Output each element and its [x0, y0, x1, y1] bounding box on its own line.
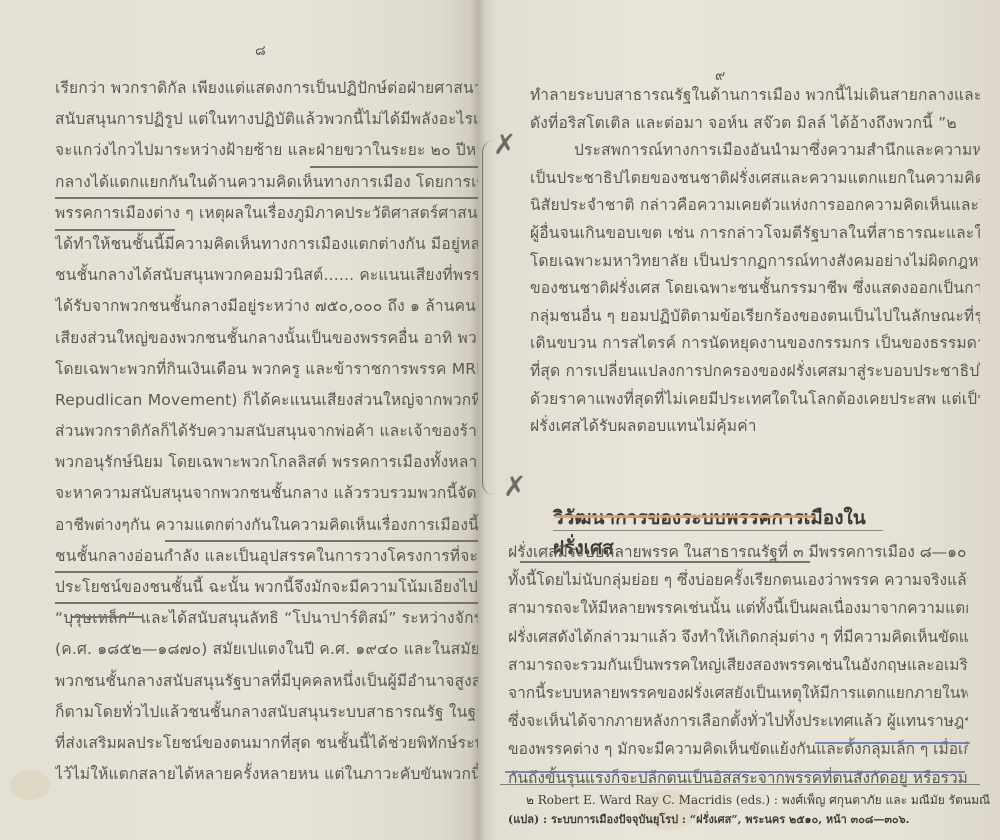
text-line: ด้วยราคาแพงที่สุดที่ไม่เคยมีประเทศใดในโล… — [530, 386, 980, 414]
text-line: ทำลายระบบสาธารณรัฐในด้านการเมือง พวกนี้ไ… — [530, 82, 980, 110]
pencil-underline — [310, 166, 478, 168]
pencil-checkmark-icon: ✗ — [503, 470, 526, 503]
text-line: ฝรั่งเศสดังได้กล่าวมาแล้ว จึงทำให้เกิดกล… — [508, 623, 968, 651]
right-page-lower-body: ฝรั่งเศสมีระบบหลายพรรค ในสาธารณรัฐที่ ๓ … — [508, 538, 968, 792]
text-line: พรรคการเมืองต่าง ๆ เหตุผลในเรื่องภูมิภาค… — [55, 198, 478, 229]
heading-underline — [553, 530, 883, 531]
footnote-rule — [500, 784, 980, 785]
left-page-number: ๘ — [255, 40, 266, 62]
text-line: เป็นประชาธิปไตยของชนชาติฝรั่งเศสและความแ… — [530, 165, 980, 193]
footnote-citation: Robert E. Ward Ray C. Macridis (eds.) : … — [538, 793, 990, 807]
text-line: ของชนชาติฝรั่งเศส โดยเฉพาะชนชั้นกรรมาชีพ… — [530, 275, 980, 303]
text-line: เสียงส่วนใหญ่ของพวกชนชั้นกลางนั้นเป็นของ… — [55, 323, 478, 354]
pencil-margin-bracket — [482, 140, 501, 495]
text-line: จะหาความสนับสนุนจากพวกชนชั้นกลาง แล้วรวบ… — [55, 478, 478, 509]
text-line: ได้รับจากพวกชนชั้นกลางมีอยู่ระหว่าง ๗๕๐,… — [55, 291, 478, 322]
blue-pen-underline — [815, 742, 970, 744]
text-line: ที่ส่งเสริมผลประโยชน์ของตนมากที่สุด ชนชั… — [55, 728, 478, 759]
pencil-underline — [55, 229, 175, 231]
text-line: ดังที่อริสโตเติล และต่อมา จอห์น สจ๊วต มิ… — [530, 110, 980, 138]
text-line: ประสพการณ์ทางการเมืองอันนำมาซึ่งความสำนึ… — [530, 137, 980, 165]
pencil-underline — [55, 571, 478, 573]
text-line: ส่วนพวกราดิกัลก็ได้รับความสนับสนุนจากพ่อ… — [55, 416, 478, 447]
text-line: สามารถจะรวมกันเป็นพรรคใหญ่เสียงสองพรรคเช… — [508, 651, 968, 679]
orange-highlight-underline — [555, 515, 815, 518]
text-line: เรียกว่า พวกราดิกัล เพียงแต่แสดงการเป็นป… — [55, 73, 478, 104]
text-line: ทั้งนี้โดยไม่นับกลุ่มย่อย ๆ ซึ่งบ่อยครั้… — [508, 566, 968, 594]
text-line: Repudlican Movement) ก็ได้คะแนนเสียงส่วน… — [55, 385, 478, 416]
text-line: กลุ่มชนอื่น ๆ ยอมปฏิบัติตามข้อเรียกร้องข… — [530, 303, 980, 331]
footnote-line-2: (แปล) : ระบบการเมืองปัจจุบันยุโรป : “ฝรั… — [508, 810, 988, 830]
text-line: “บุรุษเหล็ก” และได้สนับสนุนลัทธิ “โปนาปา… — [55, 603, 478, 634]
right-page-upper-body: ทำลายระบบสาธารณรัฐในด้านการเมือง พวกนี้ไ… — [530, 82, 980, 441]
text-line: เดินขบวน การสไตรค์ การนัดหยุดงานของกรรมก… — [530, 330, 980, 358]
footnote-marker: ๒ — [526, 793, 534, 807]
pencil-underline — [55, 602, 478, 604]
text-line: ก็ตามโดยทั่วไปแล้วชนชั้นกลางสนับสนุนระบบ… — [55, 697, 478, 728]
book-spread: ๘ เรียกว่า พวกราดิกัล เพียงแต่แสดงการเป็… — [0, 0, 1000, 840]
text-line: กลางได้แตกแยกกันในด้านความคิดเห็นทางการเ… — [55, 167, 478, 198]
pencil-underline — [520, 561, 810, 563]
paper-stain — [10, 770, 50, 800]
text-line: ชนชั้นกลางอ่อนกำลัง และเป็นอุปสรรคในการว… — [55, 541, 478, 572]
footnote-line-1: ๒ Robert E. Ward Ray C. Macridis (eds.) … — [508, 790, 988, 810]
text-line: จะแกว่งไกวไปมาระหว่างฝ้ายซ้าย และฝ่ายขวา… — [55, 135, 478, 166]
left-page: ๘ เรียกว่า พวกราดิกัล เพียงแต่แสดงการเป็… — [0, 0, 478, 840]
footnote: ๒ Robert E. Ward Ray C. Macridis (eds.) … — [508, 790, 988, 830]
text-line: กันถึงขั้นรุนแรงก็จะปลีกตนเป็นอิสสระจากพ… — [508, 764, 968, 792]
left-page-body: เรียกว่า พวกราดิกัล เพียงแต่แสดงการเป็นป… — [55, 73, 478, 790]
text-line: อาชีพต่างๆกัน ความแตกต่างกันในความคิดเห็… — [55, 510, 478, 541]
text-line: (ค.ศ. ๑๘๕๒—๑๘๗๐) สมัยเปแตงในปี ค.ศ. ๑๙๔๐… — [55, 634, 478, 665]
text-line: นิสัยประจำชาติ กล่าวคือความเคยตัวแห่งการ… — [530, 192, 980, 220]
text-line: สามารถจะให้มีหลายพรรคเช่นนั้น แต่ทั้งนี้… — [508, 594, 968, 622]
text-line: ซึ่งจะเห็นได้จากภายหลังการเลือกตั้งทั่วไ… — [508, 707, 968, 735]
pencil-checkmark-icon: ✗ — [493, 128, 516, 161]
text-line: ของพรรคต่าง ๆ มักจะมีความคิดเห็นขัดแย้งก… — [508, 735, 968, 763]
text-line: ฝรั่งเศสได้รับผลตอบแทนไม่คุ้มค่า — [530, 413, 980, 441]
pencil-underline — [55, 197, 478, 199]
blue-pen-underline — [505, 771, 965, 773]
text-line: สนับสนุนการปฏิรูป แต่ในทางปฏิบัติแล้วพวก… — [55, 104, 478, 135]
text-line: โดยเฉพาะมหาวิทยาลัย เป็นปรากฏการณ์ทางสัง… — [530, 248, 980, 276]
text-line: พวกอนุรักษ์นิยม โดยเฉพาะพวกโกลลิสต์ พรรค… — [55, 447, 478, 478]
text-line: ชนชั้นกลางได้สนับสนุนพวกคอมมิวนิสต์.....… — [55, 260, 478, 291]
text-line: ไว้ไม่ให้แตกสลายได้หลายครั้งหลายหน แต่ใน… — [55, 759, 478, 790]
pencil-underline — [165, 540, 478, 542]
text-line: ผู้อื่นจนเกินขอบเขต เช่น การกล่าวโจมตีรั… — [530, 220, 980, 248]
text-line: ประโยชน์ของชนชั้นนี้ ฉะนั้น พวกนี้จึงมัก… — [55, 572, 478, 603]
text-line: จากนี้ระบบหลายพรรคของฝรั่งเศสยังเป็นเหตุ… — [508, 679, 968, 707]
text-line: โดยเฉพาะพวกที่กินเงินเดือน พวกครู และข้า… — [55, 354, 478, 385]
text-line: ที่สุด การเปลี่ยนแปลงการปกครองของฝรั่งเศ… — [530, 358, 980, 386]
text-line: ได้ทำให้ชนชั้นนี้มีความคิดเห็นทางการเมือ… — [55, 229, 478, 260]
pencil-underline — [72, 616, 142, 618]
text-line: พวกชนชั้นกลางสนับสนุนรัฐบาลที่มีบุคคลหนึ… — [55, 666, 478, 697]
